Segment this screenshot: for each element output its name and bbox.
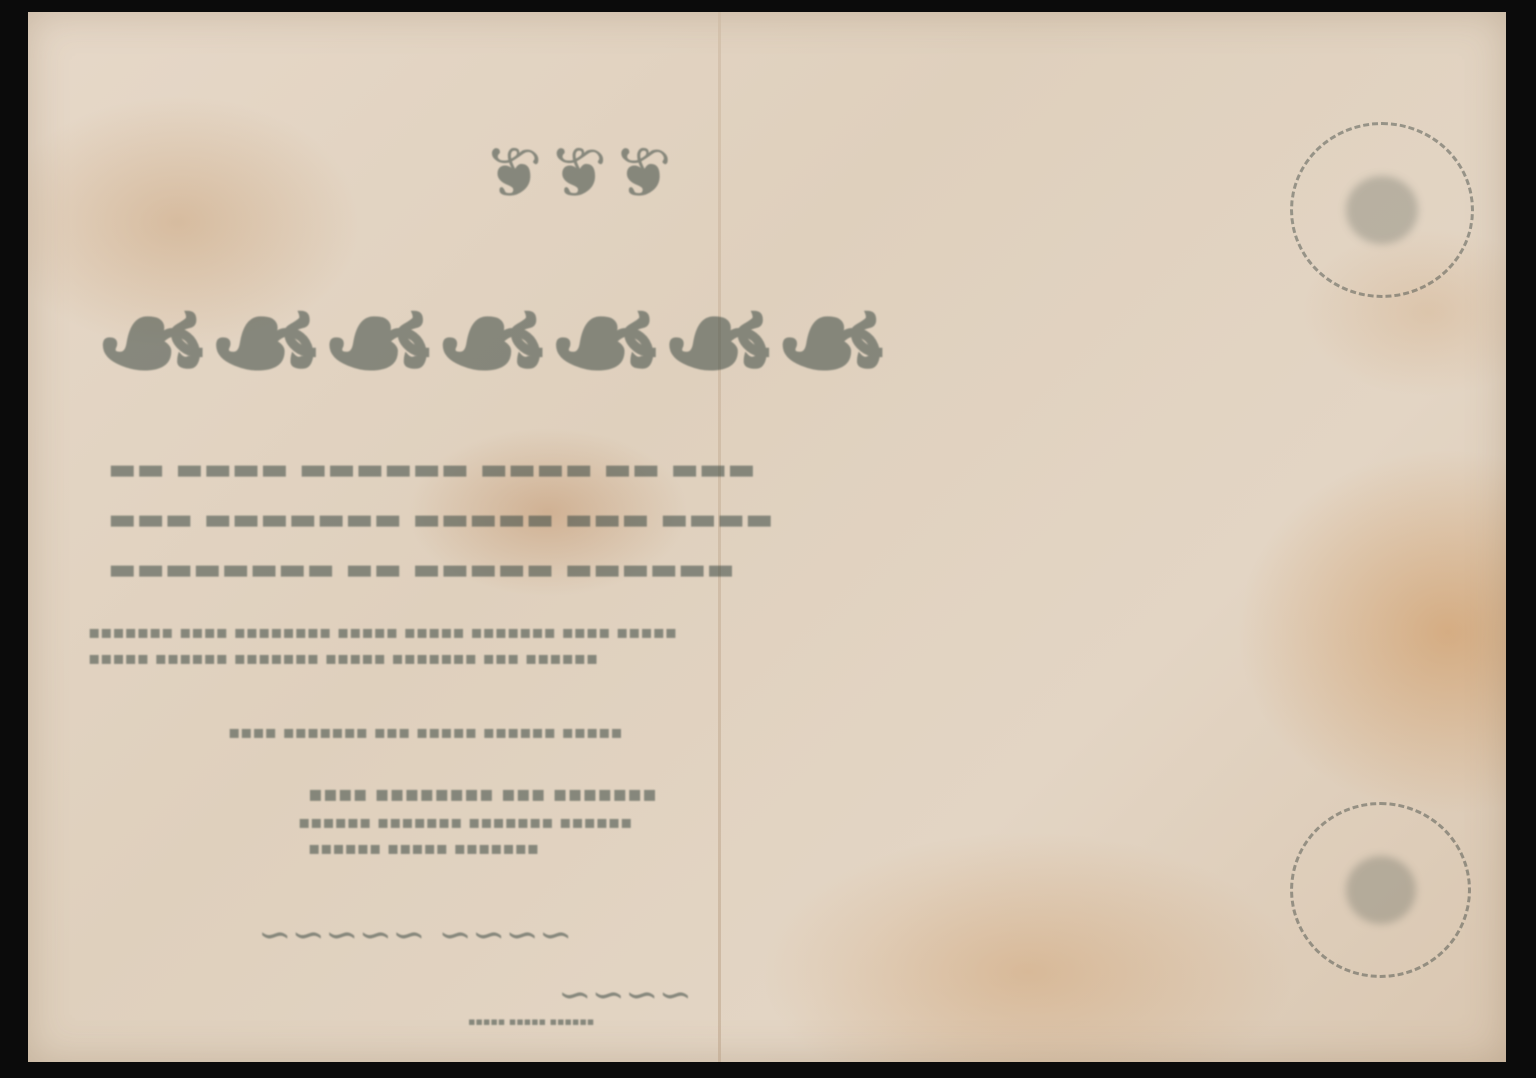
- ghost-body-line: ▬▬▬ ▬▬ ▬▬▬▬ ▬▬▬▬▬▬ ▬▬▬▬ ▬▬: [108, 452, 755, 487]
- fold-line: [718, 12, 721, 1062]
- stamp-bottom-right: [1290, 802, 1471, 978]
- ghost-body-line: ▬▬▬▬ ▬▬▬ ▬▬▬▬▬ ▬▬▬▬▬▬▬ ▬▬▬: [108, 502, 773, 537]
- ghost-date-line: ▪▪▪▪▪▪▪ ▪▪▪ ▪▪▪▪▪▪▪▪ ▪▪▪▪: [308, 782, 657, 807]
- ghost-crown-text: ❦❦❦: [478, 132, 672, 214]
- ghost-fine-print: ▪▪▪▪▪ ▪▪▪▪ ▪▪▪▪▪▪▪ ▪▪▪▪▪ ▪▪▪▪▪ ▪▪▪▪▪▪▪▪ …: [88, 622, 677, 643]
- ghost-authority-line: ▪▪▪▪▪▪ ▪▪▪▪▪▪▪ ▪▪▪▪▪▪▪ ▪▪▪▪▪▪: [298, 812, 632, 833]
- banknote: ❦❦❦ ❧❧❧❧❧❧❧ ▬▬▬ ▬▬ ▬▬▬▬ ▬▬▬▬▬▬ ▬▬▬▬ ▬▬ ▬…: [28, 12, 1506, 1062]
- ghost-fine-print: ▪▪▪▪▪▪ ▪▪▪ ▪▪▪▪▪▪▪ ▪▪▪▪▪ ▪▪▪▪▪▪▪ ▪▪▪▪▪▪ …: [88, 648, 598, 669]
- ghost-signature: ∼∼∼∼ ∼∼∼∼∼: [258, 912, 572, 958]
- stamp-top-right: [1290, 122, 1474, 298]
- ghost-signature: ∼∼∼∼: [558, 972, 692, 1018]
- ghost-printer-imprint: ▪▪▪▪▪▪ ▪▪▪▪▪ ▪▪▪▪▪: [468, 1015, 594, 1028]
- ghost-authority-line: ▪▪▪▪▪▪▪ ▪▪▪▪▪ ▪▪▪▪▪▪: [308, 838, 539, 859]
- ghost-body-line: ▬▬▬▬▬▬ ▬▬▬▬▬ ▬▬ ▬▬▬▬▬▬▬▬: [108, 552, 735, 587]
- ghost-title-text: ❧❧❧❧❧❧❧: [98, 262, 891, 426]
- ghost-notice-line: ▪▪▪▪▪ ▪▪▪▪▪▪ ▪▪▪▪▪ ▪▪▪ ▪▪▪▪▪▪▪ ▪▪▪▪: [228, 722, 623, 743]
